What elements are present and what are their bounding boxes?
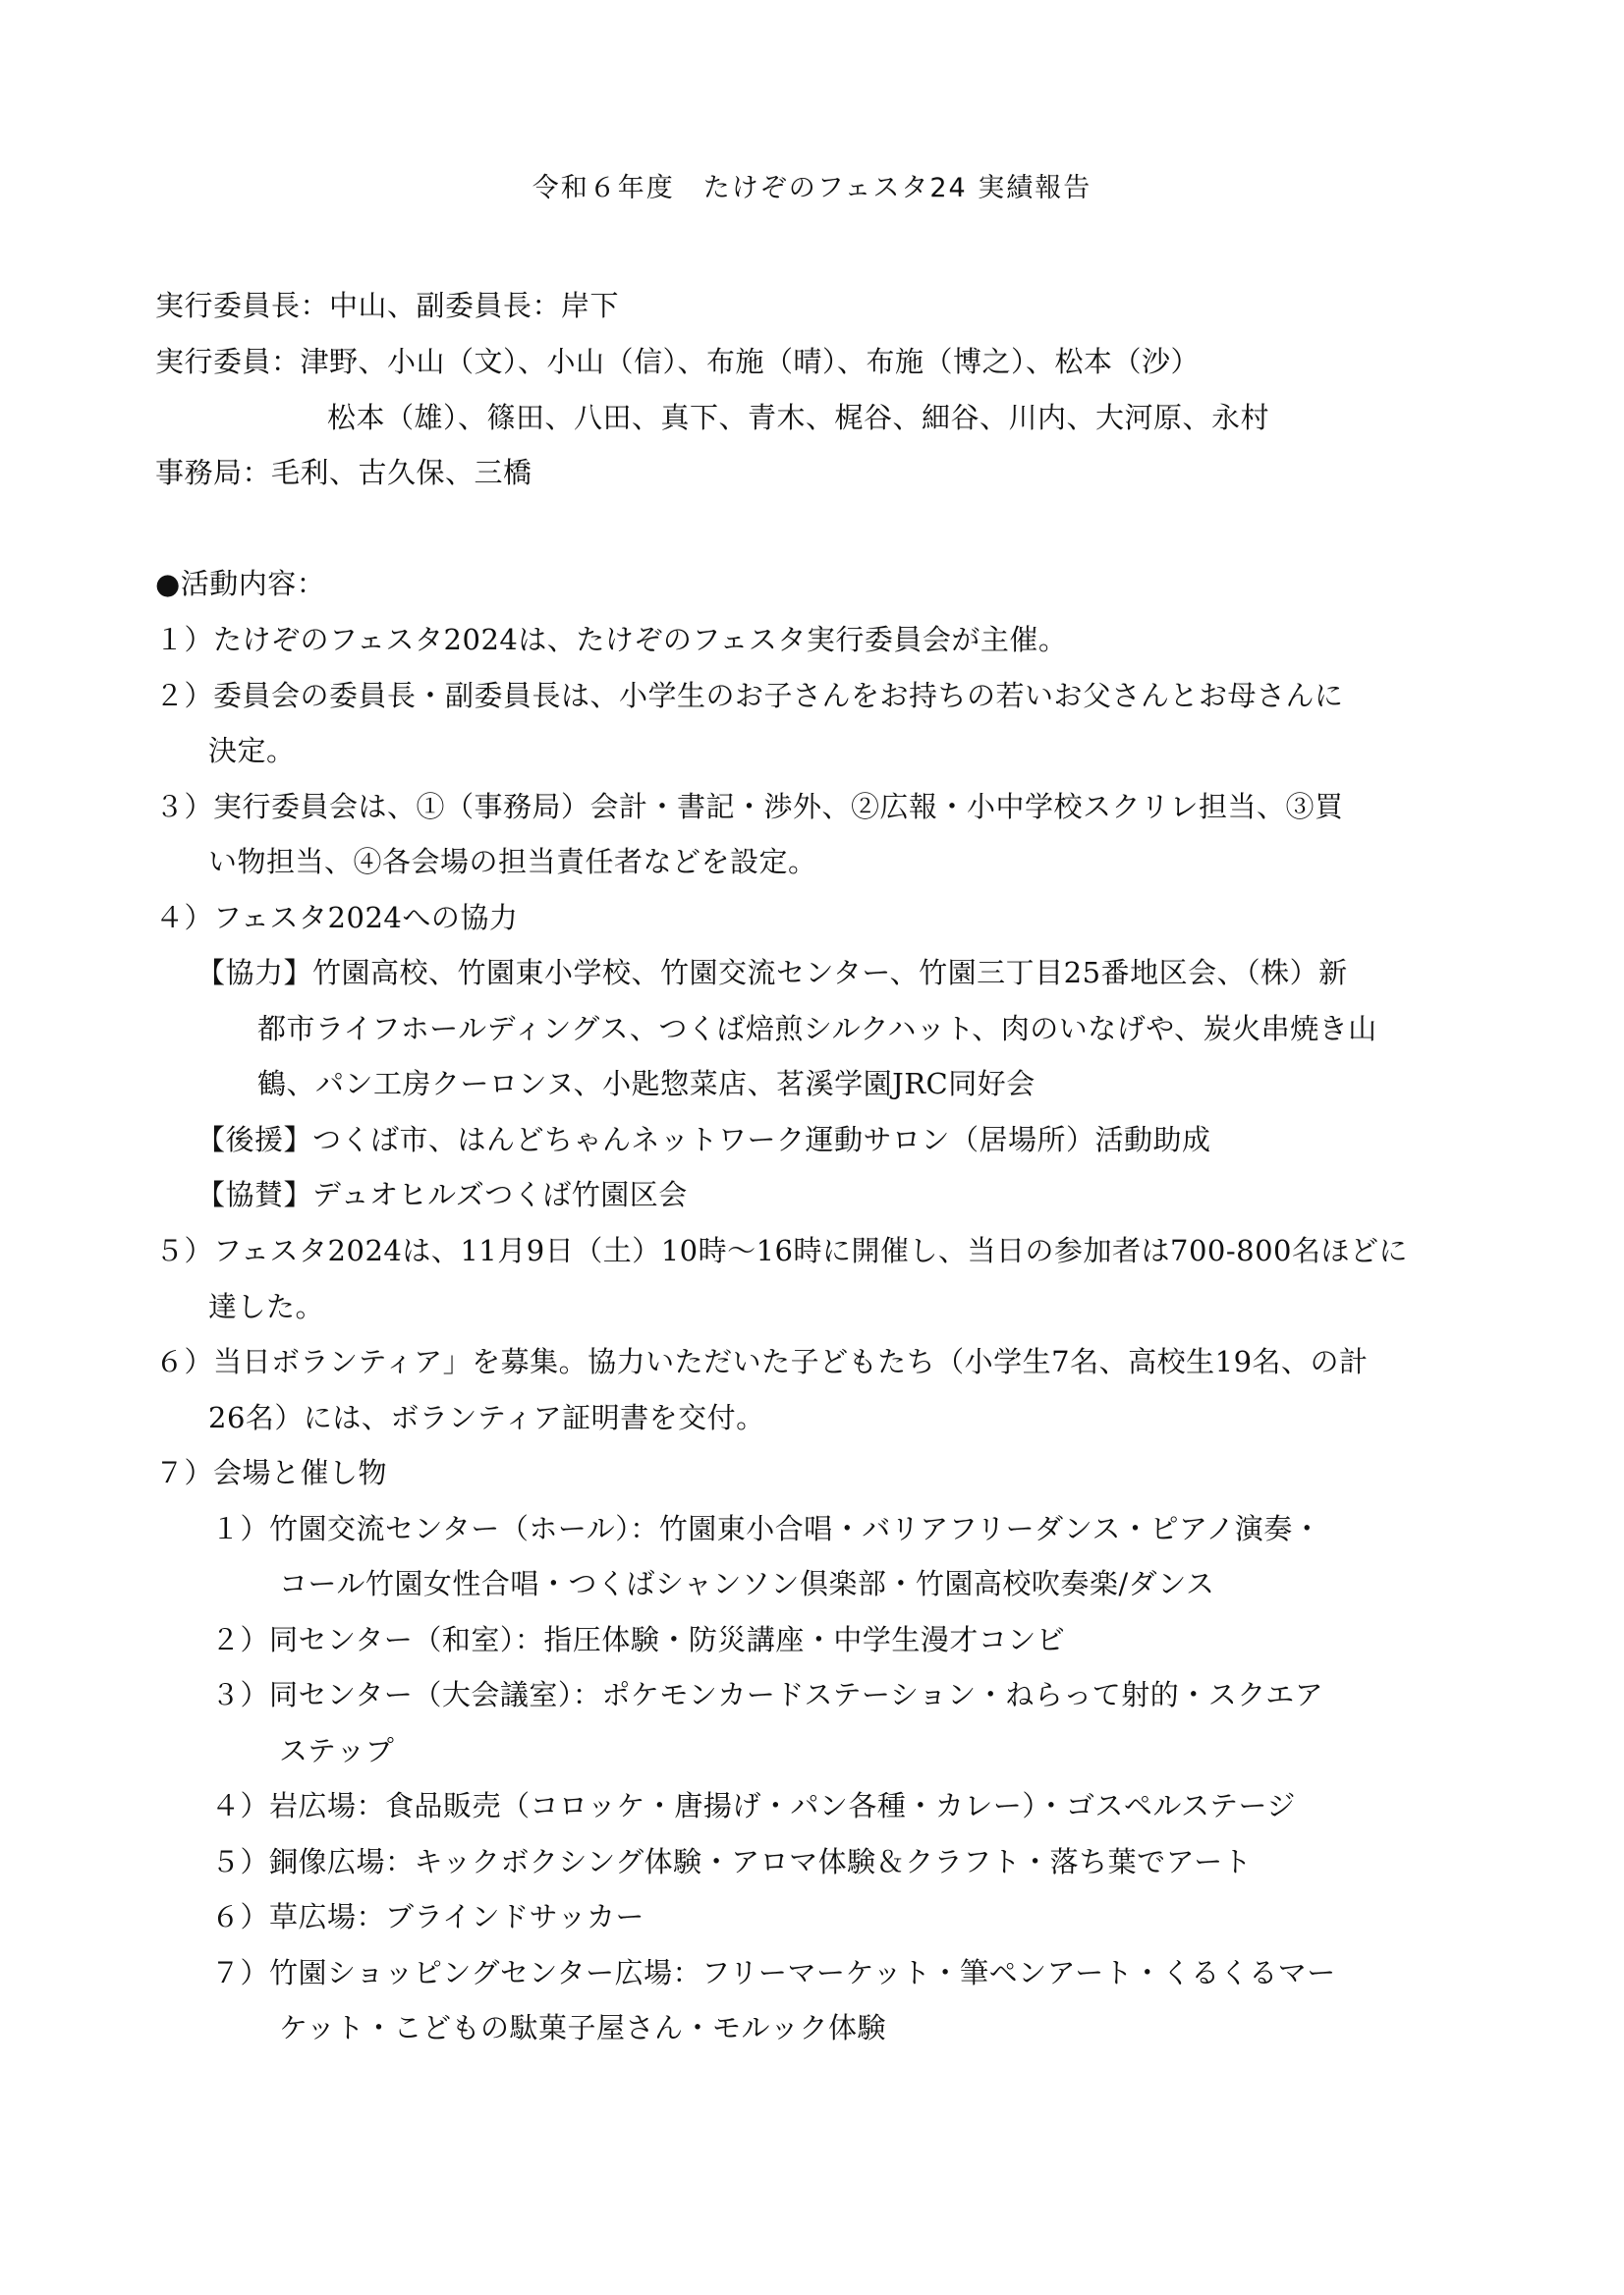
venue-item-3: ３）同センター（大会議室）：ポケモンカードステーション・ねらって射的・スクエア xyxy=(211,1675,1323,1714)
report-page: 令和６年度 たけぞのフェスタ24 実績報告 実行委員長：中山、副委員長：岸下 実… xyxy=(0,0,1624,2295)
venue-item-1-cont: コール竹園女性合唱・つくばシャンソン倶楽部・竹園高校吹奏楽/ダンス xyxy=(279,1564,1215,1603)
cooperation-list: 【協力】竹園高校、竹園東小学校、竹園交流センター、竹園三丁目25番地区会、（株）… xyxy=(196,953,1348,992)
activity-item-7: ７）会場と催し物 xyxy=(155,1453,387,1492)
activities-heading: ●活動内容： xyxy=(155,564,325,603)
backing-list: 【後援】つくば市、はんどちゃんネットワーク運動サロン（居場所）活動助成 xyxy=(196,1120,1211,1159)
activity-item-2: ２）委員会の委員長・副委員長は、小学生のお子さんをお持ちの若いお父さんとお母さん… xyxy=(155,676,1344,715)
venue-item-4: ４）岩広場：食品販売（コロッケ・唐揚げ・パン各種・カレー）・ゴスペルステージ xyxy=(211,1786,1296,1825)
cooperation-list-cont: 都市ライフホールディングス、つくば焙煎シルクハット、肉のいなげや、炭火串焼き山 xyxy=(257,1009,1377,1048)
activity-item-3-cont: い物担当、④各会場の担当責任者などを設定。 xyxy=(208,842,817,881)
venue-item-3-cont: ステップ xyxy=(279,1731,394,1770)
activity-item-4: ４）フェスタ2024への協力 xyxy=(155,898,518,937)
sponsorship-list: 【協賛】デュオヒルズつくば竹園区会 xyxy=(196,1175,688,1214)
activity-item-5-cont: 達した。 xyxy=(208,1287,324,1326)
activity-item-1: １）たけぞのフェスタ2024は、たけぞのフェスタ実行委員会が主催。 xyxy=(155,620,1067,659)
committee-members: 実行委員：津野、小山（文）、小山（信）、布施（晴）、布施（博之）、松本（沙） xyxy=(155,342,1200,381)
venue-item-1: １）竹園交流センター（ホール）：竹園東小合唱・バリアフリーダンス・ピアノ演奏・ xyxy=(211,1509,1321,1548)
activity-item-3: ３）実行委員会は、①（事務局）会計・書記・渉外、②広報・小中学校スクリレ担当、③… xyxy=(155,787,1344,826)
activity-item-6-cont: 26名）には、ボランティア証明書を交付。 xyxy=(208,1398,765,1437)
venue-item-6: ６）草広場：ブラインドサッカー xyxy=(211,1897,644,1936)
document-title: 令和６年度 たけぞのフェスタ24 実績報告 xyxy=(0,169,1624,208)
venue-item-7-cont: ケット・こどもの駄菓子屋さん・モルック体験 xyxy=(279,2008,886,2047)
secretariat: 事務局：毛利、古久保、三橋 xyxy=(155,453,532,492)
venue-item-7: ７）竹園ショッピングセンター広場：フリーマーケット・筆ペンアート・くるくるマー xyxy=(211,1953,1336,1992)
venue-item-2: ２）同センター（和室）：指圧体験・防災講座・中学生漫才コンビ xyxy=(211,1620,1065,1659)
committee-chair: 実行委員長：中山、副委員長：岸下 xyxy=(155,286,619,325)
committee-members-cont: 松本（雄）、篠田、八田、真下、青木、梶谷、細谷、川内、大河原、永村 xyxy=(327,398,1269,437)
activity-item-2-cont: 決定。 xyxy=(208,731,296,770)
activity-item-5: ５）フェスタ2024は、11月9日（土）10時～16時に開催し、当日の参加者は7… xyxy=(155,1231,1408,1270)
activity-item-6: ６）当日ボランティア」を募集。協力いただいた子どもたち（小学生7名、高校生19名… xyxy=(155,1342,1369,1381)
cooperation-list-cont: 鶴、パン工房クーロンヌ、小匙惣菜店、茗溪学園JRC同好会 xyxy=(257,1064,1036,1103)
venue-item-5: ５）銅像広場：キックボクシング体験・アロマ体験＆クラフト・落ち葉でアート xyxy=(211,1842,1252,1881)
